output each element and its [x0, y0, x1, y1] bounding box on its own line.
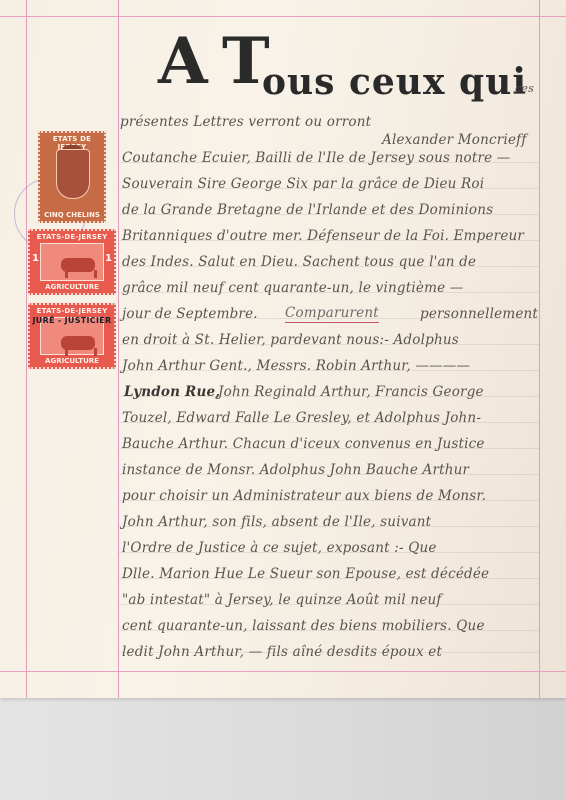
document-heading: A T ous ceux qui ces	[150, 24, 550, 104]
body-line-13: Bauche Arthur. Chacun d'iceux convenus e…	[122, 436, 485, 452]
body-line-20: cent quarante-un, laissant des biens mob…	[122, 618, 485, 634]
body-line-8: jour de Septembre.	[122, 306, 258, 322]
revenue-stamp-jure-justicier: ETATS-DE-JERSEY JURÉ - JUSTICIER AGRICUL…	[28, 303, 116, 369]
body-line-16: John Arthur, son fils, absent de l'Ile, …	[122, 514, 431, 530]
right-margin-rule	[539, 0, 540, 698]
revenue-stamp-agriculture: ETATS-DE-JERSEY 1 1 AGRICULTURE	[28, 229, 116, 295]
stamp-bottom-text: CINQ CHELINS	[40, 211, 104, 219]
stamp-overprint: JURÉ - JUSTICIER	[30, 316, 114, 325]
bailiff-name: Alexander Moncrieff	[382, 132, 527, 148]
stamp-bottom-text: AGRICULTURE	[30, 357, 114, 365]
jersey-crest-icon	[56, 149, 90, 199]
revenue-stamp-cinq-chelins: ETATS DE JERSEY CINQ CHELINS	[38, 131, 106, 223]
body-line-17: l'Ordre de Justice à ce sujet, exposant …	[122, 540, 437, 556]
body-line-2: Coutanche Ecuier, Bailli de l'Ile de Jer…	[122, 150, 511, 166]
body-line-21: ledit John Arthur, — fils aîné desdits é…	[122, 644, 442, 660]
bottom-margin-rule	[0, 671, 566, 672]
stamp-bottom-text: AGRICULTURE	[30, 283, 114, 291]
body-line-6: des Indes. Salut en Dieu. Sachent tous q…	[122, 254, 476, 270]
heading-text: ous ceux qui	[262, 62, 527, 102]
heading-initial-a: A	[158, 30, 208, 94]
cow-panel	[40, 243, 104, 281]
stamp-value-right: 1	[105, 253, 112, 264]
body-line-12: Touzel, Edward Falle Le Gresley, et Adol…	[122, 410, 481, 426]
inserted-word-comparurent: Comparurent	[285, 305, 379, 323]
body-line-11: John Reginald Arthur, Francis George	[218, 384, 484, 400]
inserted-word-personnellement: personnellement	[420, 306, 538, 322]
heading-continuation: ces	[515, 82, 534, 95]
body-line-9: en droit à St. Helier, pardevant nous:- …	[122, 332, 459, 348]
stamp-top-text: ETATS-DE-JERSEY	[30, 307, 114, 315]
body-line-4: de la Grande Bretagne de l'Irlande et de…	[122, 202, 493, 218]
body-line-3: Souverain Sire George Six par la grâce d…	[122, 176, 484, 192]
body-line-5: Britanniques d'outre mer. Défenseur de l…	[122, 228, 524, 244]
top-margin-rule	[0, 16, 566, 17]
inserted-word-lyndon: Lyndon Rue,	[124, 384, 220, 400]
cow-legs-icon	[65, 348, 97, 356]
left-outer-margin-rule	[26, 0, 27, 698]
stamp-top-text: ETATS-DE-JERSEY	[30, 233, 114, 241]
stamp-value-left: 1	[32, 253, 39, 264]
left-inner-margin-rule	[118, 0, 119, 698]
body-line-19: "ab intestat" à Jersey, le quinze Août m…	[122, 592, 442, 608]
body-line-18: Dlle. Marion Hue Le Sueur son Epouse, es…	[122, 566, 489, 582]
body-line-1: présentes Lettres verront ou orront	[120, 114, 371, 130]
body-line-15: pour choisir un Administrateur aux biens…	[122, 488, 486, 504]
body-line-10: John Arthur Gent., Messrs. Robin Arthur,…	[122, 358, 470, 374]
cow-legs-icon	[65, 270, 97, 278]
body-line-7: grâce mil neuf cent quarante-un, le ving…	[122, 280, 463, 296]
document-page: A T ous ceux qui ces présentes Lettres v…	[0, 0, 566, 698]
body-line-14: instance de Monsr. Adolphus John Bauche …	[122, 462, 469, 478]
